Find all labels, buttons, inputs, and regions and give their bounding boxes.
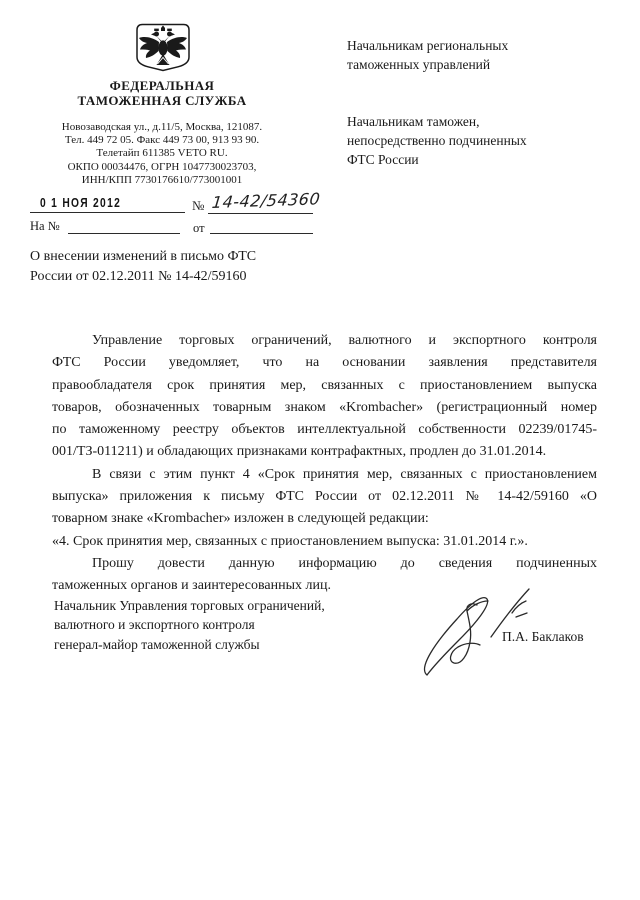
coat-of-arms-icon bbox=[130, 21, 196, 75]
body-text-line: Управление торговых ограничений, валютно… bbox=[52, 330, 597, 352]
address-line: Тел. 449 72 05. Факс 449 73 00, 913 93 9… bbox=[12, 134, 312, 147]
addressee-line: Начальникам таможен, bbox=[347, 112, 607, 131]
org-name-line1: ФЕДЕРАЛЬНАЯ bbox=[22, 79, 302, 94]
reply-to-label: На № bbox=[30, 219, 60, 234]
addressee-line: таможенных управлений bbox=[347, 55, 607, 74]
address-line: Новозаводская ул., д.11/5, Москва, 12108… bbox=[12, 121, 312, 134]
letter-body: Управление торговых ограничений, валютно… bbox=[52, 330, 597, 598]
address-line: ОКПО 00034476, ОГРН 1047730023703, bbox=[12, 161, 312, 174]
org-name: ФЕДЕРАЛЬНАЯ ТАМОЖЕННАЯ СЛУЖБА bbox=[22, 79, 302, 108]
signer-position-line: валютного и экспортного контроля bbox=[54, 615, 384, 634]
number-sign: № bbox=[192, 198, 204, 214]
signer-name: П.А. Баклаков bbox=[502, 629, 584, 645]
number-underline bbox=[208, 213, 313, 214]
subject-line: О внесении изменений в письмо ФТС bbox=[30, 247, 360, 267]
signer-position-line: Начальник Управления торговых ограничени… bbox=[54, 596, 384, 615]
outgoing-number-handwritten: 14-42/54360 bbox=[211, 189, 321, 212]
official-letter-page: ФЕДЕРАЛЬНАЯ ТАМОЖЕННАЯ СЛУЖБА Новозаводс… bbox=[0, 0, 640, 900]
addressee-line: непосредственно подчиненных bbox=[347, 131, 607, 150]
body-text-line: 001/ТЗ-011211) и обладающих признаками к… bbox=[52, 441, 597, 463]
body-text-line: В связи с этим пункт 4 «Срок принятия ме… bbox=[52, 464, 597, 486]
body-text-line: «4. Срок принятия мер, связанных с приос… bbox=[52, 531, 597, 553]
address-line: Телетайп 611385 VETO RU. bbox=[12, 147, 312, 160]
body-text-line: ФТС России уведомляет, что на основании … bbox=[52, 352, 597, 374]
subject-line: России от 02.12.2011 № 14-42/59160 bbox=[30, 267, 360, 287]
letter-subject: О внесении изменений в письмо ФТС России… bbox=[30, 247, 360, 287]
reply-from-label: от bbox=[193, 221, 205, 236]
signer-position-line: генерал-майор таможенной службы bbox=[54, 635, 384, 654]
reply-date-underline bbox=[210, 233, 313, 234]
addressee-line: Начальникам региональных bbox=[347, 36, 607, 55]
reply-number-underline bbox=[68, 233, 180, 234]
addressee-line: ФТС России bbox=[347, 150, 607, 169]
date-stamp: 0 1 НОЯ 2012 bbox=[40, 196, 121, 210]
body-text-line: товаров, обозначенных товарным знаком «K… bbox=[52, 397, 597, 419]
date-underline bbox=[30, 212, 185, 213]
body-text-line: Прошу довести данную информацию до сведе… bbox=[52, 553, 597, 575]
org-name-line2: ТАМОЖЕННАЯ СЛУЖБА bbox=[22, 94, 302, 109]
addressee-block-1: Начальникам региональных таможенных упра… bbox=[347, 36, 607, 74]
signer-position: Начальник Управления торговых ограничени… bbox=[54, 596, 384, 654]
addressee-block-2: Начальникам таможен, непосредственно под… bbox=[347, 112, 607, 169]
body-text-line: товарном знаке «Krombacher» изложен в сл… bbox=[52, 508, 597, 530]
body-text-line: выпуска» приложения к письму ФТС России … bbox=[52, 486, 597, 508]
org-address-block: Новозаводская ул., д.11/5, Москва, 12108… bbox=[12, 121, 312, 187]
body-text-line: правообладателя срок принятия мер, связа… bbox=[52, 375, 597, 397]
body-text-line: по таможенному реестру объектов интеллек… bbox=[52, 419, 597, 441]
address-line: ИНН/КПП 7730176610/773001001 bbox=[12, 174, 312, 187]
